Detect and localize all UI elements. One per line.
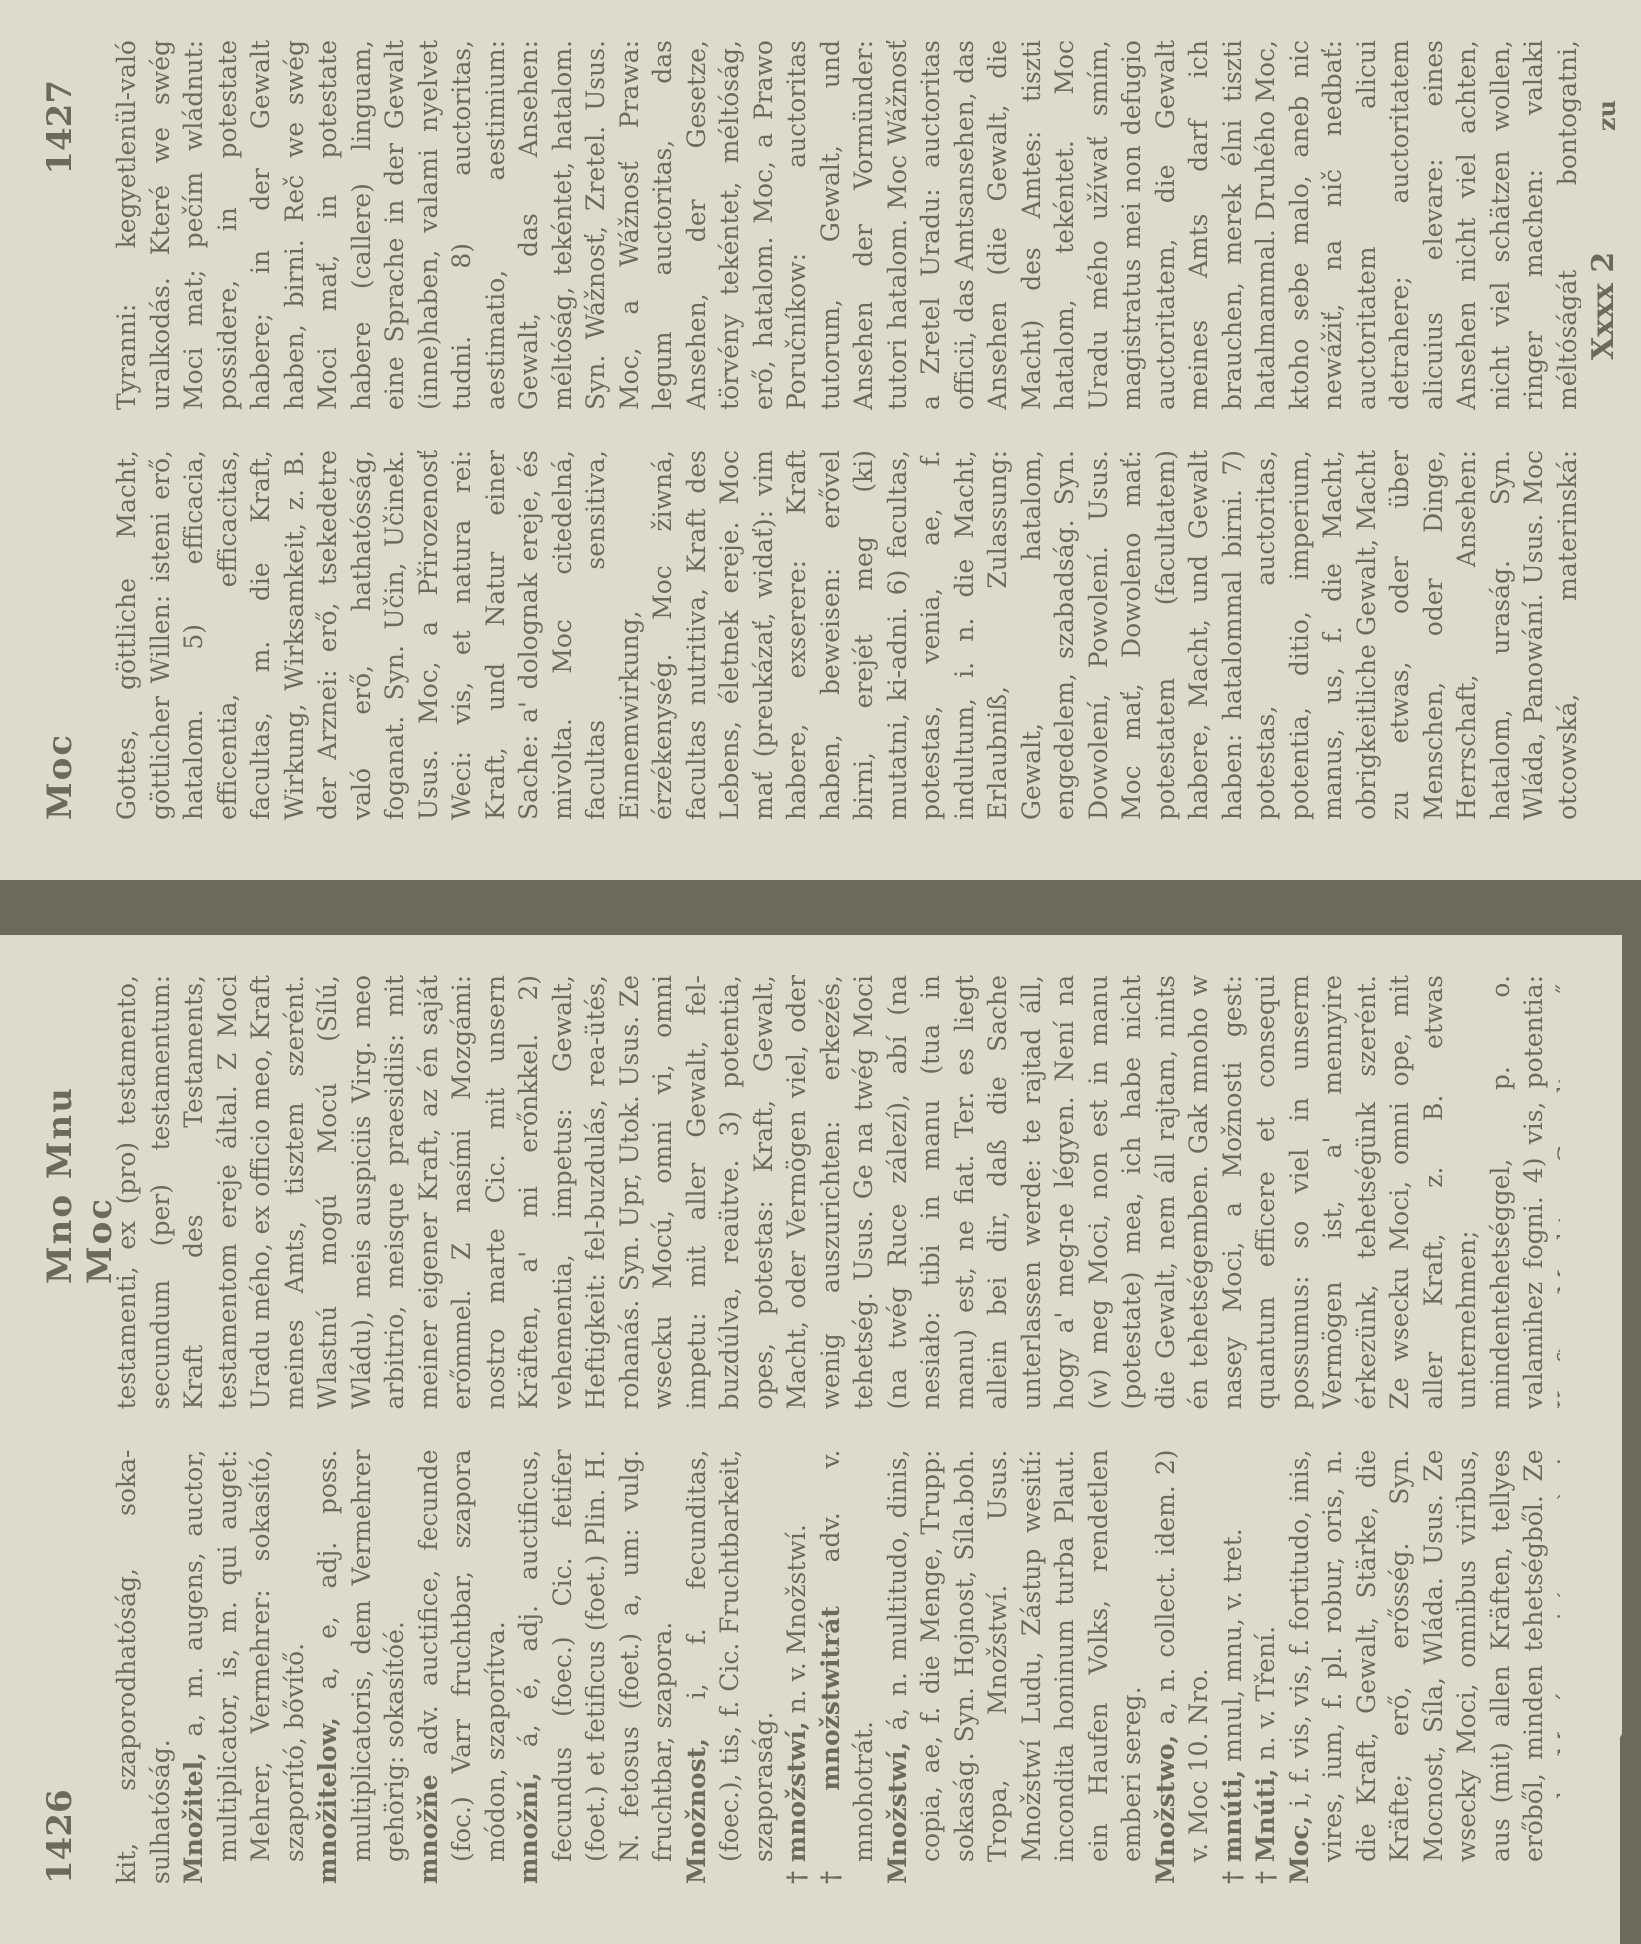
entry-body: n. v. Tření.: [1251, 1626, 1280, 1761]
page-header: 1426 Mno Mnu Moc: [40, 995, 100, 1884]
headword: Množstwí,: [883, 1742, 912, 1884]
page-1427: Moc 1427 Gottes, göttliche Macht, göttli…: [0, 0, 1641, 880]
headword: Množnost,: [682, 1738, 711, 1884]
dictionary-entry: † množstwí, n. v. Množstwí.: [780, 1450, 814, 1885]
dictionary-entry: † mnúti, mnul, mnu, v. tret.: [1216, 1450, 1250, 1885]
column-left: Gottes, göttliche Macht, göttlicher Will…: [110, 450, 1581, 820]
signature-mark: Xxxx 2: [1586, 252, 1621, 360]
dictionary-entry: Moc, i, f. vis, vis, f. fortitudo, inis,…: [1283, 1450, 1561, 1885]
page-header: Moc 1427: [40, 60, 100, 820]
running-head: Moc: [40, 733, 80, 820]
headword: množitelow,: [313, 1717, 342, 1884]
book-gutter: [0, 880, 1641, 935]
dictionary-entry: † Mnúti, n. v. Tření.: [1249, 1450, 1283, 1885]
page-number: 1426: [40, 1789, 80, 1884]
entry-body: n. v. Množstwí.: [782, 1524, 811, 1713]
headword: Množstwo,: [1151, 1735, 1180, 1884]
headword: † Mnúti,: [1251, 1768, 1280, 1884]
entry-body: i, f. vis, vis, f. fortitudo, inis, vire…: [1285, 1450, 1561, 1863]
dictionary-entry: Množstwí, á, n. multitudo, dinis, copia,…: [881, 1450, 1149, 1885]
entry-body: á, n. multitudo, dinis, copia, ae, f. di…: [883, 1450, 1147, 1863]
headword: † mnúti,: [1218, 1770, 1247, 1884]
dictionary-entry: † množstwitrát adv. v. mnohotrát.: [814, 1450, 881, 1885]
entry-text: Gottes, göttliche Macht, göttlicher Will…: [110, 450, 1581, 820]
column-left: kit, szaporodhatóság, soka-sulhatóság. M…: [110, 1450, 1560, 1885]
headword: množňe: [414, 1774, 443, 1884]
dictionary-entry: Množstwo, a, n. collect. idem. 2) v. Moc…: [1149, 1450, 1216, 1885]
dictionary-entry: množitelow, a, e, adj. poss. multiplicat…: [311, 1450, 412, 1885]
entry-body: mnul, mnu, v. tret.: [1218, 1528, 1247, 1761]
catchword: zu: [1592, 100, 1621, 131]
headword: Moc,: [1285, 1816, 1314, 1884]
headword: † množstwitrát: [816, 1606, 845, 1884]
entry-text: kit, szaporodhatóság, soka-sulhatóság.: [110, 1450, 177, 1885]
page-columns: kit, szaporodhatóság, soka-sulhatóság. M…: [110, 975, 1560, 1884]
headword: Množitel,: [179, 1752, 208, 1884]
dictionary-entry: množňe adv. auctifice, fecunde (foc.) Va…: [412, 1450, 513, 1885]
page-1426: 1426 Mno Mnu Moc kit, szaporodhatóság, s…: [0, 935, 1620, 1944]
entry-text: Tyranni: kegyetlenül-való uralkodás. Kte…: [110, 40, 1581, 410]
entry-text: testamenti, ex (pro) testamento, secundu…: [110, 975, 1560, 1410]
dictionary-entry: Množnost, i, f. fecunditas, (foec.), tis…: [680, 1450, 781, 1885]
running-head: Mno Mnu Moc: [40, 995, 120, 1284]
column-right: testamenti, ex (pro) testamento, secundu…: [110, 975, 1560, 1410]
dictionary-entry: Množitel, a, m. augens, auctor, multipli…: [177, 1450, 311, 1885]
page-number: 1427: [40, 80, 80, 175]
headword: † množstwí,: [782, 1721, 811, 1884]
dictionary-entry: množní, á, é, adj. auctificus, fecundus …: [512, 1450, 680, 1885]
column-right: Tyranni: kegyetlenül-való uralkodás. Kte…: [110, 40, 1581, 410]
headword: množní,: [514, 1772, 543, 1884]
page-columns: Gottes, göttliche Macht, göttlicher Will…: [110, 40, 1581, 820]
